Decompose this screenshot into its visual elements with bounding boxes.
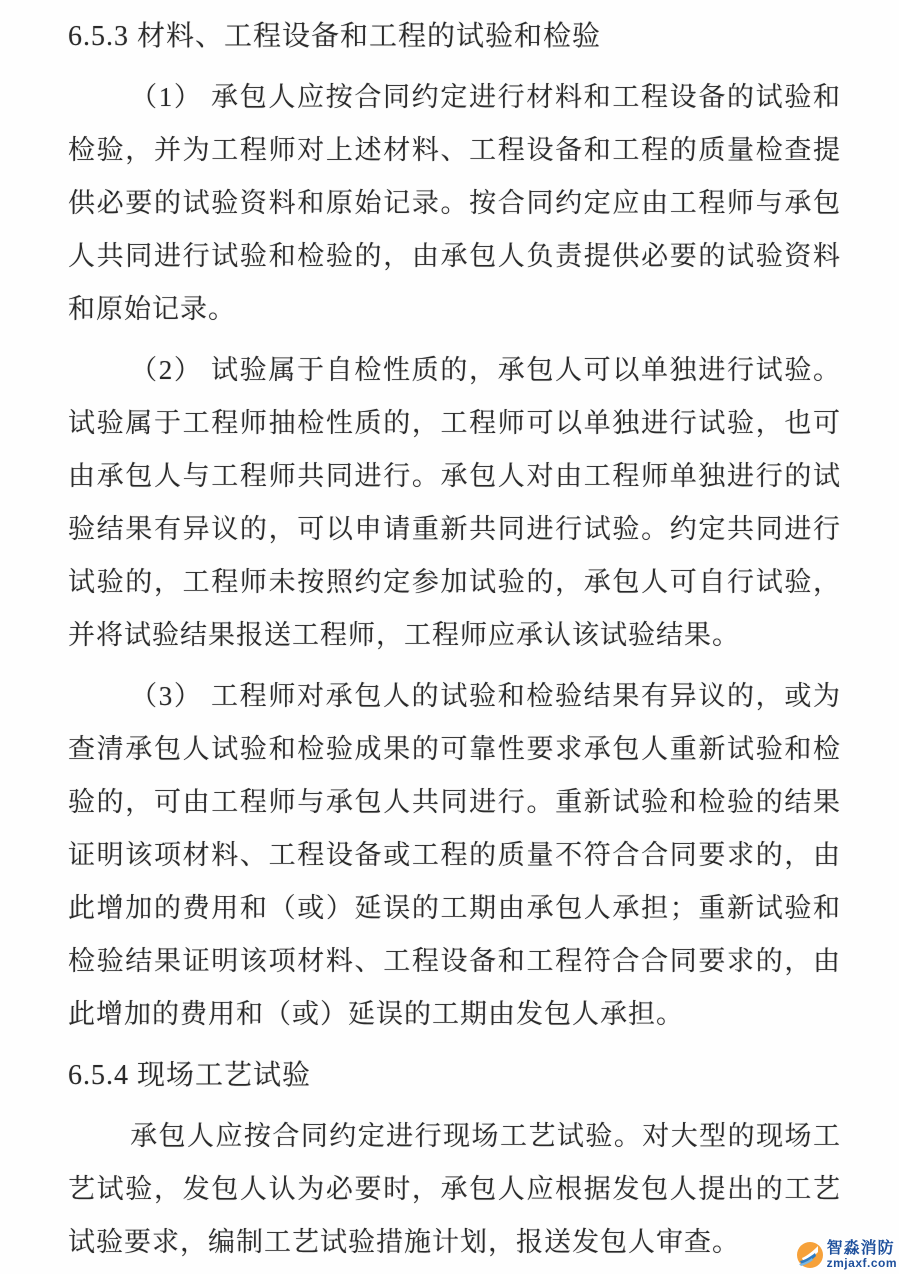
paragraph-4: 承包人应按合同约定进行现场工艺试验。对大型的现场工艺试验，发包人认为必要时，承包…: [68, 1110, 841, 1269]
watermark-site: zmjaxf.com: [827, 1257, 897, 1270]
watermark-text: 智淼消防 zmjaxf.com: [827, 1241, 897, 1270]
paragraph-3: （3） 工程师对承包人的试验和检验结果有异议的，或为查清承包人试验和检验成果的可…: [68, 670, 841, 1041]
zhimiao-fire-logo-icon: [797, 1242, 823, 1268]
section-heading-6-5-3: 6.5.3 材料、工程设备和工程的试验和检验: [68, 10, 841, 63]
document-page: 6.5.3 材料、工程设备和工程的试验和检验 （1） 承包人应按合同约定进行材料…: [0, 0, 899, 1274]
watermark-brand: 智淼消防: [827, 1241, 897, 1258]
section-heading-6-5-4: 6.5.4 现场工艺试验: [68, 1049, 841, 1102]
watermark: 智淼消防 zmjaxf.com: [797, 1241, 897, 1270]
paragraph-1: （1） 承包人应按合同约定进行材料和工程设备的试验和检验，并为工程师对上述材料、…: [68, 71, 841, 336]
paragraph-2: （2） 试验属于自检性质的，承包人可以单独进行试验。试验属于工程师抽检性质的，工…: [68, 344, 841, 662]
